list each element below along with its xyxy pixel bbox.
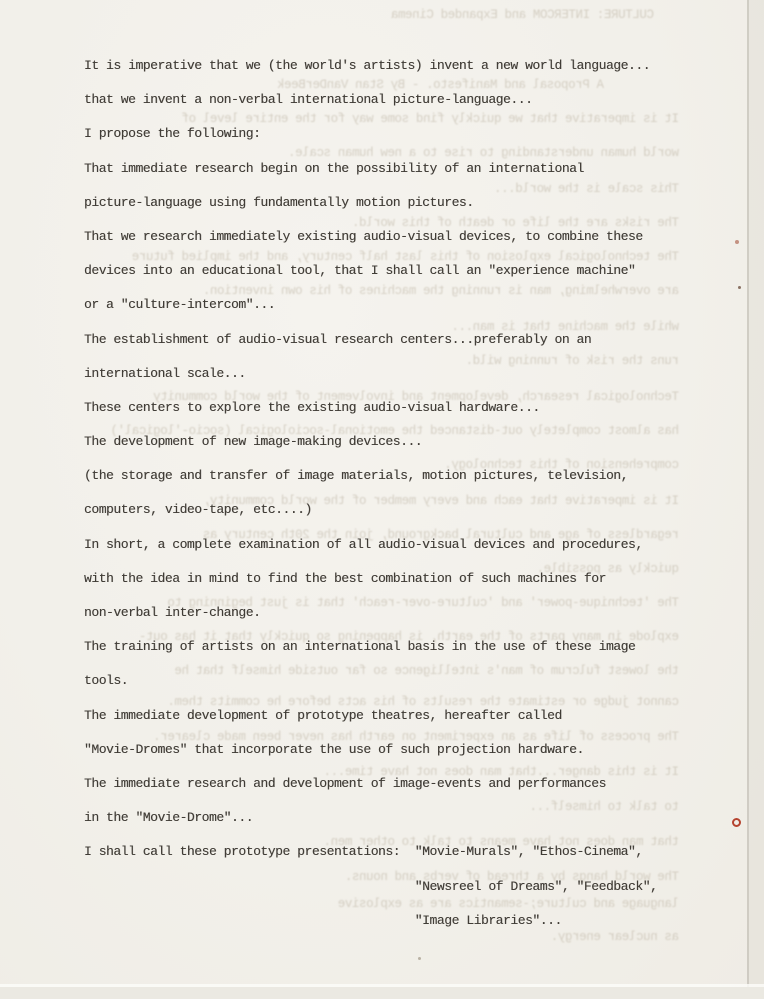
typed-line-2: that we invent a non-verbal internationa…	[84, 83, 657, 117]
typed-line-19: tools.	[84, 664, 657, 698]
typed-line-11: These centers to explore the existing au…	[84, 391, 657, 425]
speck-mark	[418, 957, 421, 960]
typed-line-22: The immediate research and development o…	[84, 767, 657, 801]
speck-mark	[738, 286, 741, 289]
typed-line-6: That we research immediately existing au…	[84, 220, 657, 254]
typed-line-12: The development of new image-making devi…	[84, 425, 657, 459]
speck-mark	[735, 240, 739, 244]
bleedthrough-line: CULTURE: INTERCOM and Expanded Cinema	[391, 8, 654, 22]
typed-line-20: The immediate development of prototype t…	[84, 699, 657, 733]
typed-line-8: or a "culture-intercom"...	[84, 288, 657, 322]
typed-line-17: non-verbal inter-change.	[84, 596, 657, 630]
bottom-edge-shadow	[0, 987, 764, 999]
red-ink-ring-mark	[732, 818, 741, 827]
typed-line-10: international scale...	[84, 357, 657, 391]
right-edge-shadow	[749, 0, 764, 999]
typed-line-3: I propose the following:	[84, 117, 657, 151]
typed-line-4: That immediate research begin on the pos…	[84, 152, 657, 186]
typed-line-23: in the "Movie-Drome"...	[84, 801, 657, 835]
typed-line-25: "Newsreel of Dreams", "Feedback",	[84, 870, 657, 904]
document-page: CULTURE: INTERCOM and Expanded CinemaA P…	[0, 0, 764, 999]
typed-line-15: In short, a complete examination of all …	[84, 528, 657, 562]
typed-line-24: I shall call these prototype presentatio…	[84, 835, 657, 869]
typed-line-16: with the idea in mind to find the best c…	[84, 562, 657, 596]
typed-line-13: (the storage and transfer of image mater…	[84, 459, 657, 493]
typed-line-21: "Movie-Dromes" that incorporate the use …	[84, 733, 657, 767]
typed-text: It is imperative that we (the world's ar…	[84, 49, 657, 938]
typed-line-5: picture-language using fundamentally mot…	[84, 186, 657, 220]
typed-line-14: computers, video-tape, etc....)	[84, 493, 657, 527]
typed-line-18: The training of artists on an internatio…	[84, 630, 657, 664]
typed-line-9: The establishment of audio-visual resear…	[84, 323, 657, 357]
typed-line-26: "Image Libraries"...	[84, 904, 657, 938]
typed-line-1: It is imperative that we (the world's ar…	[84, 49, 657, 83]
typed-line-7: devices into an educational tool, that I…	[84, 254, 657, 288]
